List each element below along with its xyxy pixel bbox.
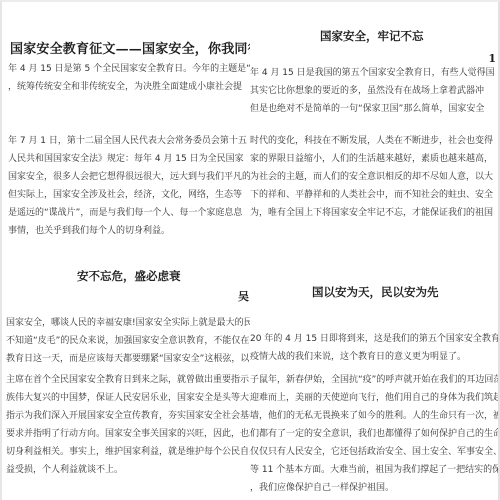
text-line: ，统筹传统安全和非传统安全，为决胜全面建成小康社会提 (8, 78, 251, 96)
text-line: 时代的变化，科技在不断发展，人类在不断进步，社会也变得 (250, 132, 493, 150)
text-line: 们都有了一定的安全意识，我们也都懂得了如何保护自己的生命， (250, 425, 500, 443)
text-line: 墙，他们的无私无畏换来了如今的胜利。人的生命只有一次，被疫 (250, 407, 500, 425)
text-line: 但实际上，国家安全涉及社会，经济，文化，网络，生态等 (8, 186, 251, 204)
essay-panel-bottom-right: 国以安为天，民以安为先 20 年的 4 月 15 日即将到来，这是我们的第五个国… (250, 250, 500, 500)
text-line: 事情，也关乎到我们每个人的切身利益。 (8, 222, 251, 240)
essay-title: 国以安为天，民以安为先 (312, 284, 439, 300)
text-line: 益受损，个人利益就谈不上。 (6, 461, 254, 479)
essay-paragraph-2: 时代的变化，科技在不断发展，人类在不断进步，社会也变得 家的界限日益缩小，人们的… (250, 132, 493, 222)
essay-paragraph-1: 20 年的 4 月 15 日即将到来，这是我们的第五个国家安全教育日。 疫情大战… (250, 330, 500, 366)
text-line: 等 11 个基本方面。大难当前，祖国为我们撑起了一把结实的保护 (250, 461, 500, 479)
essay-paragraph-2: 子鼠年，新春伊始，全国抗“疫”的呼声就开始在我们的耳边回荡 迎难而上，美丽的天使… (250, 371, 500, 497)
text-line: 下的祥和、平静祥和的人类社会中，而不知社会的蛀虫、安全 (250, 186, 493, 204)
text-line: 年 4 月 15 日是我国的第五个国家安全教育日，有些人觉得国 (250, 64, 495, 82)
essay-title: 国家安全，牢记不忘 (320, 28, 424, 44)
text-line: 家的界限日益缩小，人们的生活越来越好，素质也越来越高， (250, 150, 493, 168)
essay-paragraph-2: 主席在首个全民国家安全教育日到来之际，就曾做出重要指示： 族伟大复兴的中国梦，保… (6, 371, 254, 479)
text-line: 不知道“皮毛”的民众来说，加强国家安全意识教育，不能仅在全 (6, 332, 254, 350)
text-line: 为，唯有全国上下将国家安全牢记不忘，才能保证我们的祖国 (250, 204, 493, 222)
text-line: 年 4 月 15 日是第 5 个全民国家安全教育日。今年的主题是“ (8, 60, 251, 78)
text-line: 是遥远的“谍战片”，而是与我们每一个人、每一个家庭息息 (8, 204, 251, 222)
text-line: ，我们应像保护自己一样保护祖国。 (250, 479, 500, 497)
text-line: 子鼠年，新春伊始，全国抗“疫”的呼声就开始在我们的耳边回荡 (250, 371, 500, 389)
essay-panel-top-right: 国家安全，牢记不忘 1 年 4 月 15 日是我国的第五个国家安全教育日，有些人… (250, 0, 500, 252)
essay-panel-bottom-left: 安不忘危，盛必虑衰 吴 国家安全，哪谈人民的幸福安康!国家安全实际上就是最大的民… (0, 250, 254, 500)
text-line: 指示为我们深入开展国家安全宣传教育，夯实国家安全社会基础， (6, 407, 254, 425)
text-line: 仅仅只有人民安全，它还包括政治安全、国土安全、军事安全、经 (250, 443, 500, 461)
text-line: 为社会的主题，而人们的安全意识相反的却不尽如人意，以大 (250, 168, 493, 186)
essay-title: 国家安全教育征文——国家安全，你我同行 (10, 38, 254, 57)
text-line: 其实它比你想象的要近的多，虽然没有在战场上拿着武器冲 (250, 82, 495, 100)
essay-title: 安不忘危，盛必虑衰 (77, 268, 181, 284)
author-name: 吴 (238, 288, 249, 304)
text-line: 要求并指明了行动方向。国家安全事关国家的兴旺，因此，也就与 (6, 425, 254, 443)
text-line: 国家安全，很多人会把它想得很远很大，远大到与我们平凡的 (8, 168, 251, 186)
text-line: 国家安全，哪谈人民的幸福安康!国家安全实际上就是最大的民 (6, 314, 254, 332)
text-line: 主席在首个全民国家安全教育日到来之际，就曾做出重要指示： (6, 371, 254, 389)
text-line: 切身利益相关。事实上，维护国家利益，就是维护每个公民自身的 (6, 443, 254, 461)
essay-paragraph-1: 年 4 月 15 日是第 5 个全民国家安全教育日。今年的主题是“ ，统筹传统安… (8, 60, 251, 96)
essay-paragraph-1: 国家安全，哪谈人民的幸福安康!国家安全实际上就是最大的民 不知道“皮毛”的民众来… (6, 314, 254, 368)
text-line: 族伟大复兴的中国梦，保证人民安居乐业，国家安全是头等大事。 (6, 389, 254, 407)
text-line: 20 年的 4 月 15 日即将到来，这是我们的第五个国家安全教育日。 (250, 330, 500, 348)
text-line: 人民共和国国家安全法》规定：每年 4 月 15 日为全民国家 (8, 150, 251, 168)
text-line: 但是也绝对不是简单的一句“保家卫国”那么简单，国家安全 (250, 100, 495, 118)
essay-panel-top-left: 国家安全教育征文——国家安全，你我同行 年 4 月 15 日是第 5 个全民国家… (0, 0, 254, 252)
text-line: 疫情大战的我们来说，这个教育日的意义更为明显了。 (250, 348, 500, 366)
text-line: 迎难而上，美丽的天使逆向飞行，他们用自己的身体为我们筑起了 (250, 389, 500, 407)
text-line: 年 7 月 1 日，第十二届全国人民代表大会常务委员会第十五 (8, 132, 251, 150)
essay-paragraph-1: 年 4 月 15 日是我国的第五个国家安全教育日，有些人觉得国 其实它比你想象的… (250, 64, 495, 118)
text-line: 教育日这一天，而是应该每天都要绷紧“国家安全”这根弦，以防 (6, 350, 254, 368)
essay-paragraph-2: 年 7 月 1 日，第十二届全国人民代表大会常务委员会第十五 人民共和国国家安全… (8, 132, 251, 240)
